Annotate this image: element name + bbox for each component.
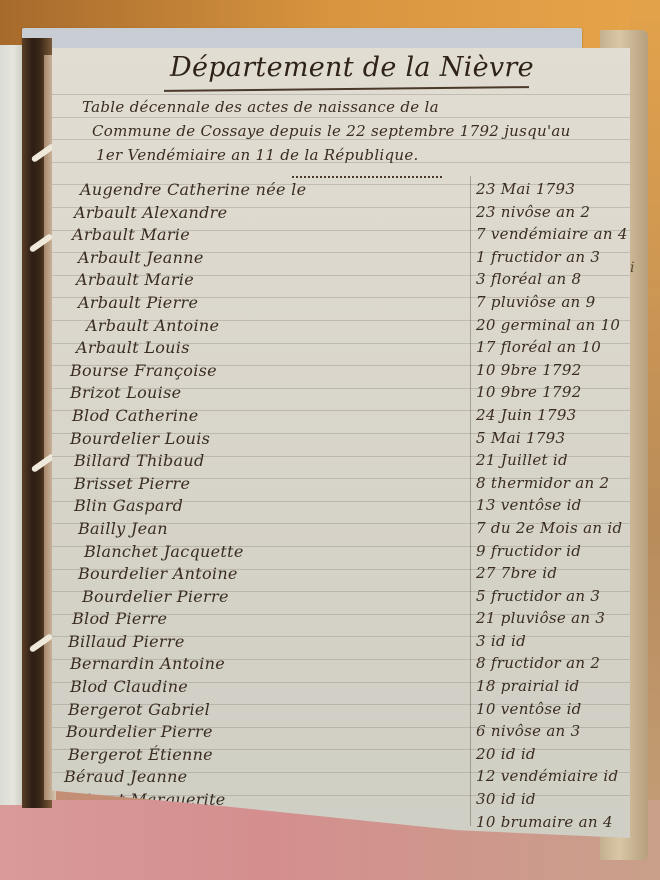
entry-date: 3 floréal an 8 [476, 270, 581, 288]
register-entry-name-row: Blin Gaspard [74, 496, 464, 519]
register-entry-date-row: 21 Juillet id [476, 451, 626, 474]
register-entry-name-row: Arbault Alexandre [74, 203, 464, 226]
entry-name: Brizot Louise [70, 383, 181, 402]
entry-name: Arbault Alexandre [74, 203, 227, 222]
register-entry-name-row: Arbault Antoine [74, 316, 464, 339]
ruled-line [52, 117, 630, 118]
register-entry-name-row: Bourdelier Pierre [74, 587, 464, 610]
title-underline [164, 86, 529, 91]
register-entry-date-row: 10 9bre 1792 [476, 361, 626, 384]
entry-name: Arbault Jeanne [78, 248, 204, 267]
register-entry-date-row: 23 Mai 1793 [476, 180, 626, 203]
date-column-rule [470, 176, 471, 826]
register-entry-name-row: Brisset Pierre [74, 474, 464, 497]
entry-name: Blanchet Jacquette [84, 542, 244, 561]
names-column: Augendre Catherine née leArbault Alexand… [74, 180, 464, 835]
heading-line-3: 1er Vendémiaire an 11 de la République. [96, 146, 419, 164]
register-entry-name-row: Béraud Jeanne [74, 767, 464, 790]
register-entry-name-row: Arbault Marie [74, 270, 464, 293]
register-page: Département de la Nièvre Table décennale… [52, 48, 630, 838]
register-entry-name-row: Augendre Catherine née le [74, 180, 464, 203]
entry-date: 17 floréal an 10 [476, 338, 601, 356]
entry-name: Bourdelier Pierre [82, 587, 229, 606]
register-entry-date-row: 20 id id [476, 745, 626, 768]
entry-name: Bernardin Antoine [70, 654, 225, 673]
entry-date: 10 ventôse id [476, 700, 582, 718]
entry-date: 1 fructidor an 3 [476, 248, 600, 266]
register-entry-name-row: Blod Pierre [74, 609, 464, 632]
register-entry-date-row: 13 ventôse id [476, 496, 626, 519]
register-entry-name-row: Bourdelier Pierre [74, 722, 464, 745]
entry-name: Bourdelier Pierre [66, 722, 213, 741]
heading-line-2: Commune de Cossaye depuis le 22 septembr… [92, 122, 571, 140]
left-folded-pages [0, 45, 22, 805]
entry-name: Billard Thibaud [74, 451, 205, 470]
register-entry-date-row: 8 fructidor an 2 [476, 654, 626, 677]
entry-date: 5 Mai 1793 [476, 429, 565, 447]
register-entry-name-row: Bergerot Gabriel [74, 700, 464, 723]
register-entry-date-row: 9 fructidor id [476, 542, 626, 565]
entry-name: Bergerot Gabriel [68, 700, 210, 719]
entry-name: Bailly Jean [78, 519, 168, 538]
dates-column: 23 Mai 179323 nivôse an 27 vendémiaire a… [476, 180, 626, 835]
register-entry-date-row: 23 nivôse an 2 [476, 203, 626, 226]
entry-date: 20 id id [476, 745, 536, 763]
entry-date: 27 7bre id [476, 564, 557, 582]
entry-name: Arbault Louis [76, 338, 190, 357]
entry-name: Bergerot Étienne [68, 745, 213, 764]
entry-date: 7 du 2e Mois an id [476, 519, 622, 537]
register-entry-date-row: 21 pluviôse an 3 [476, 609, 626, 632]
register-entry-date-row: 10 ventôse id [476, 700, 626, 723]
entry-date: 21 Juillet id [476, 451, 568, 469]
register-entry-name-row: Arbault Marie [74, 225, 464, 248]
register-entry-name-row: Brizot Louise [74, 383, 464, 406]
entry-date: 12 vendémiaire id [476, 767, 618, 785]
entry-date: 10 9bre 1792 [476, 361, 582, 379]
ruled-line [52, 94, 630, 95]
entry-name: Billaud Pierre [68, 632, 185, 651]
entry-date: 7 pluviôse an 9 [476, 293, 595, 311]
entry-name: Arbault Marie [76, 270, 194, 289]
entry-date: 3 id id [476, 632, 526, 650]
register-entry-name-row: Blod Claudine [74, 677, 464, 700]
entry-name: Bourdelier Antoine [78, 564, 238, 583]
entry-name: Bourdelier Louis [70, 429, 210, 448]
register-entry-date-row: 18 prairial id [476, 677, 626, 700]
register-entry-date-row: 10 brumaire an 4 [476, 813, 626, 836]
entry-date: 23 nivôse an 2 [476, 203, 590, 221]
entry-date: 8 thermidor an 2 [476, 474, 609, 492]
entry-name: Blod Pierre [72, 609, 167, 628]
register-entry-date-row: 27 7bre id [476, 564, 626, 587]
register-entry-date-row: 12 vendémiaire id [476, 767, 626, 790]
register-entry-date-row: 6 nivôse an 3 [476, 722, 626, 745]
heading-flourish [292, 170, 442, 178]
entry-name: Bourse Françoise [70, 361, 217, 380]
register-entry-date-row: 5 Mai 1793 [476, 429, 626, 452]
register-entry-date-row: 1 fructidor an 3 [476, 248, 626, 271]
register-entry-date-row: 7 du 2e Mois an id [476, 519, 626, 542]
register-entry-name-row: Arbault Jeanne [74, 248, 464, 271]
entry-name: Brisset Pierre [74, 474, 190, 493]
register-entry-date-row: 20 germinal an 10 [476, 316, 626, 339]
register-entry-date-row: 30 id id [476, 790, 626, 813]
entry-name: Blin Gaspard [74, 496, 183, 515]
entry-name: Blod Claudine [70, 677, 188, 696]
register-entry-name-row: Billaud Pierre [74, 632, 464, 655]
entry-name: Arbault Pierre [78, 293, 198, 312]
register-entry-date-row: 8 thermidor an 2 [476, 474, 626, 497]
register-entry-name-row: Bergerot Étienne [74, 745, 464, 768]
register-entry-name-row: Bourdelier Antoine [74, 564, 464, 587]
entry-name: Augendre Catherine née le [80, 180, 306, 199]
entry-date: 10 9bre 1792 [476, 383, 582, 401]
page-title: Département de la Nièvre [170, 52, 534, 83]
register-entry-name-row: Billard Thibaud [74, 451, 464, 474]
register-entry-name-row: Bernardin Antoine [74, 654, 464, 677]
entry-date: 7 vendémiaire an 4 [476, 225, 628, 243]
register-entry-date-row: 7 pluviôse an 9 [476, 293, 626, 316]
register-entry-date-row: 3 id id [476, 632, 626, 655]
entry-date: 8 fructidor an 2 [476, 654, 600, 672]
entry-date: 10 brumaire an 4 [476, 813, 613, 831]
entry-date: 24 Juin 1793 [476, 406, 577, 424]
entry-name: Arbault Antoine [86, 316, 219, 335]
entry-date: 9 fructidor id [476, 542, 581, 560]
entry-date: 5 fructidor an 3 [476, 587, 600, 605]
entry-date: 20 germinal an 10 [476, 316, 620, 334]
register-entry-name-row: Arbault Louis [74, 338, 464, 361]
register-entry-date-row: 7 vendémiaire an 4 [476, 225, 626, 248]
register-entry-name-row: Bailly Jean [74, 519, 464, 542]
entry-date: 13 ventôse id [476, 496, 582, 514]
entry-name: Blod Catherine [72, 406, 199, 425]
register-entry-date-row: 10 9bre 1792 [476, 383, 626, 406]
register-entry-date-row: 17 floréal an 10 [476, 338, 626, 361]
register-entry-name-row: Bourdelier Louis [74, 429, 464, 452]
register-entry-date-row: 5 fructidor an 3 [476, 587, 626, 610]
register-entry-name-row: Blanchet Jacquette [74, 542, 464, 565]
entry-name: Arbault Marie [72, 225, 190, 244]
register-entry-date-row: 3 floréal an 8 [476, 270, 626, 293]
entry-date: 23 Mai 1793 [476, 180, 575, 198]
register-entry-date-row: 24 Juin 1793 [476, 406, 626, 429]
entry-date: 30 id id [476, 790, 536, 808]
heading-line-1: Table décennale des actes de naissance d… [82, 98, 439, 116]
entry-date: 18 prairial id [476, 677, 579, 695]
register-entry-name-row: Arbault Pierre [74, 293, 464, 316]
register-entry-name-row: Blod Catherine [74, 406, 464, 429]
entry-date: 21 pluviôse an 3 [476, 609, 605, 627]
register-entry-name-row: Bourse Françoise [74, 361, 464, 384]
entry-date: 6 nivôse an 3 [476, 722, 580, 740]
entry-name: Béraud Jeanne [64, 767, 187, 786]
